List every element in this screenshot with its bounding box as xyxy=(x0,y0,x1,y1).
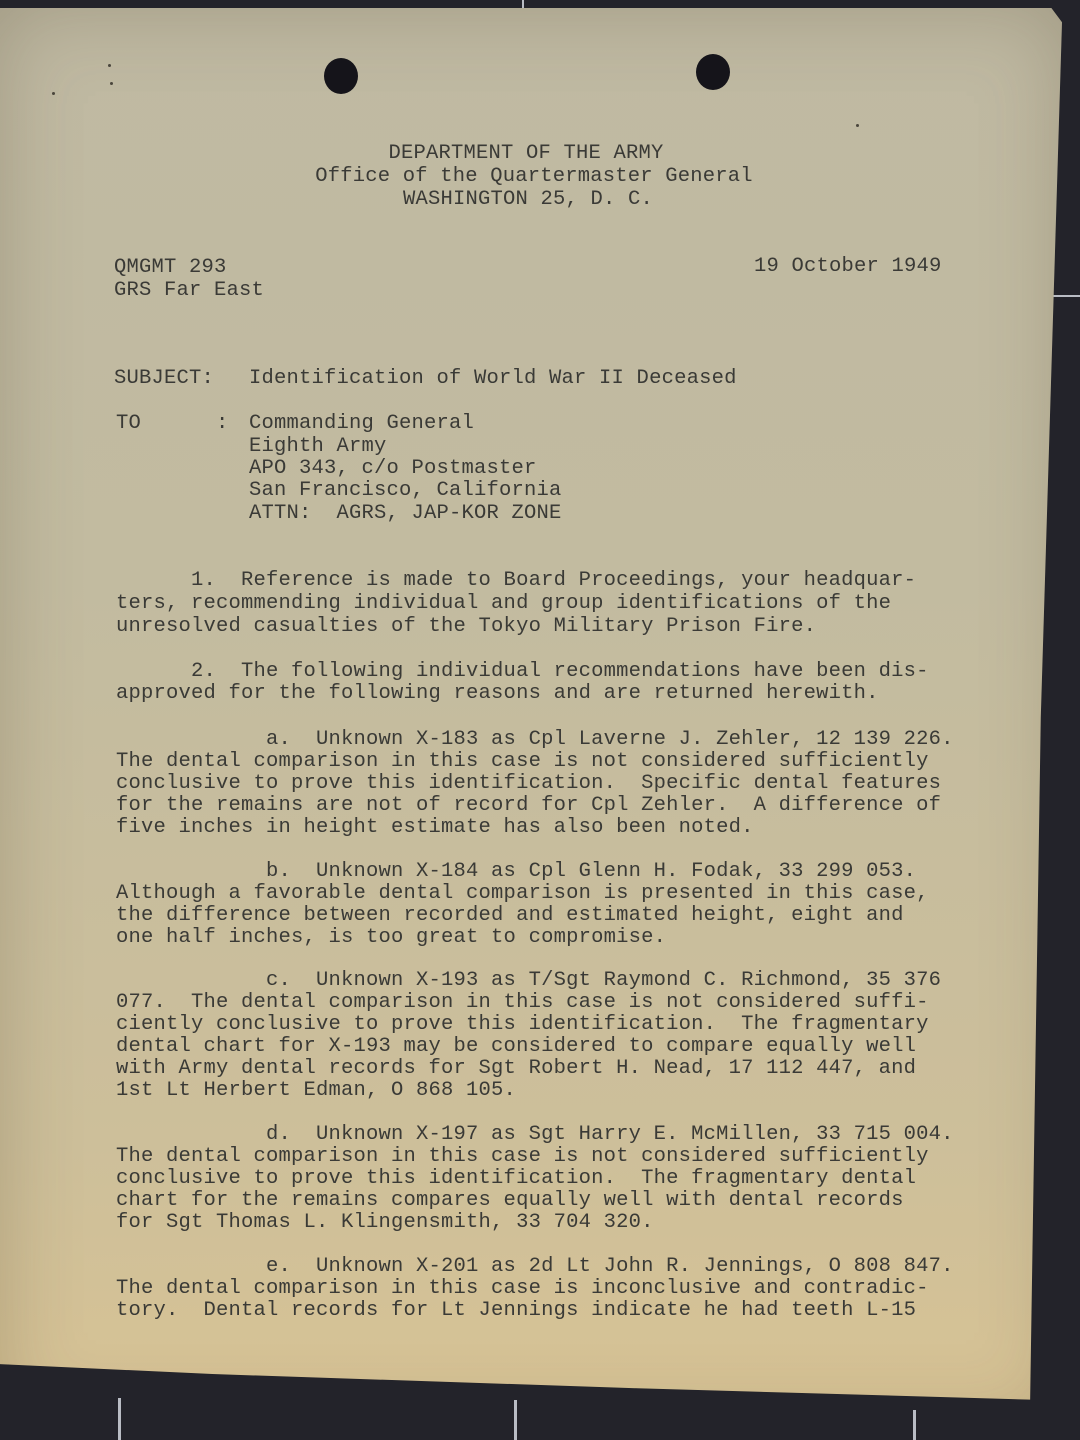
paper-speck xyxy=(108,64,111,67)
item-d-line: conclusive to prove this identification.… xyxy=(116,1168,916,1190)
para2-line: approved for the following reasons and a… xyxy=(116,683,879,705)
para1-line: unresolved casualties of the Tokyo Milit… xyxy=(116,616,816,638)
para2-line: 2. The following individual recommendati… xyxy=(116,661,929,683)
office-symbol: GRS Far East xyxy=(114,280,264,302)
letterhead-city: WASHINGTON 25, D. C. xyxy=(0,189,1068,211)
to-line: APO 343, c/o Postmaster xyxy=(249,458,537,480)
para1-line: ters, recommending individual and group … xyxy=(116,593,891,615)
tile-grout-bottom-1 xyxy=(118,1398,121,1440)
to-label: TO : xyxy=(116,413,229,435)
to-line: Commanding General xyxy=(249,413,474,435)
item-c-line: dental chart for X-193 may be considered… xyxy=(116,1036,916,1058)
item-e-line: e. Unknown X-201 as 2d Lt John R. Jennin… xyxy=(116,1256,954,1278)
letterhead-office: Office of the Quartermaster General xyxy=(0,166,1074,188)
item-a-line: a. Unknown X-183 as Cpl Laverne J. Zehle… xyxy=(116,729,954,751)
punch-hole-left xyxy=(324,58,358,94)
item-e-line: The dental comparison in this case is in… xyxy=(116,1278,929,1300)
subject-text: Identification of World War II Deceased xyxy=(249,368,737,390)
item-a-line: for the remains are not of record for Cp… xyxy=(116,795,941,817)
item-c-line: 077. The dental comparison in this case … xyxy=(116,992,929,1014)
to-line: San Francisco, California xyxy=(249,480,562,502)
letterhead-department: DEPARTMENT OF THE ARMY xyxy=(0,143,1066,165)
tile-grout-right xyxy=(1052,295,1080,297)
paper-speck xyxy=(110,82,113,85)
item-a-line: The dental comparison in this case is no… xyxy=(116,751,929,773)
tile-grout-bottom-3 xyxy=(913,1410,916,1440)
item-d-line: for Sgt Thomas L. Klingensmith, 33 704 3… xyxy=(116,1212,654,1234)
letter-date: 19 October 1949 xyxy=(754,256,942,278)
item-c-line: 1st Lt Herbert Edman, O 868 105. xyxy=(116,1080,516,1102)
item-d-line: chart for the remains compares equally w… xyxy=(116,1190,904,1212)
subject-label: SUBJECT: xyxy=(114,368,214,390)
item-a-line: five inches in height estimate has also … xyxy=(116,817,754,839)
paper-speck xyxy=(856,124,859,127)
item-c-line: ciently conclusive to prove this identif… xyxy=(116,1014,929,1036)
paper-speck xyxy=(52,92,55,95)
item-c-line: c. Unknown X-193 as T/Sgt Raymond C. Ric… xyxy=(116,970,941,992)
item-d-line: The dental comparison in this case is no… xyxy=(116,1146,929,1168)
item-a-line: conclusive to prove this identification.… xyxy=(116,773,941,795)
para1-line: 1. Reference is made to Board Proceeding… xyxy=(116,570,916,592)
item-b-line: one half inches, is too great to comprom… xyxy=(116,927,666,949)
punch-hole-right xyxy=(696,54,730,90)
item-c-line: with Army dental records for Sgt Robert … xyxy=(116,1058,916,1080)
item-b-line: b. Unknown X-184 as Cpl Glenn H. Fodak, … xyxy=(116,861,916,883)
item-b-line: the difference between recorded and esti… xyxy=(116,905,904,927)
to-line: Eighth Army xyxy=(249,436,387,458)
item-d-line: d. Unknown X-197 as Sgt Harry E. McMille… xyxy=(116,1124,954,1146)
to-line: ATTN: AGRS, JAP-KOR ZONE xyxy=(249,503,562,525)
file-code: QMGMT 293 xyxy=(114,257,227,279)
tile-grout-bottom-2 xyxy=(514,1400,517,1440)
item-b-line: Although a favorable dental comparison i… xyxy=(116,883,929,905)
item-e-line: tory. Dental records for Lt Jennings ind… xyxy=(116,1300,916,1322)
